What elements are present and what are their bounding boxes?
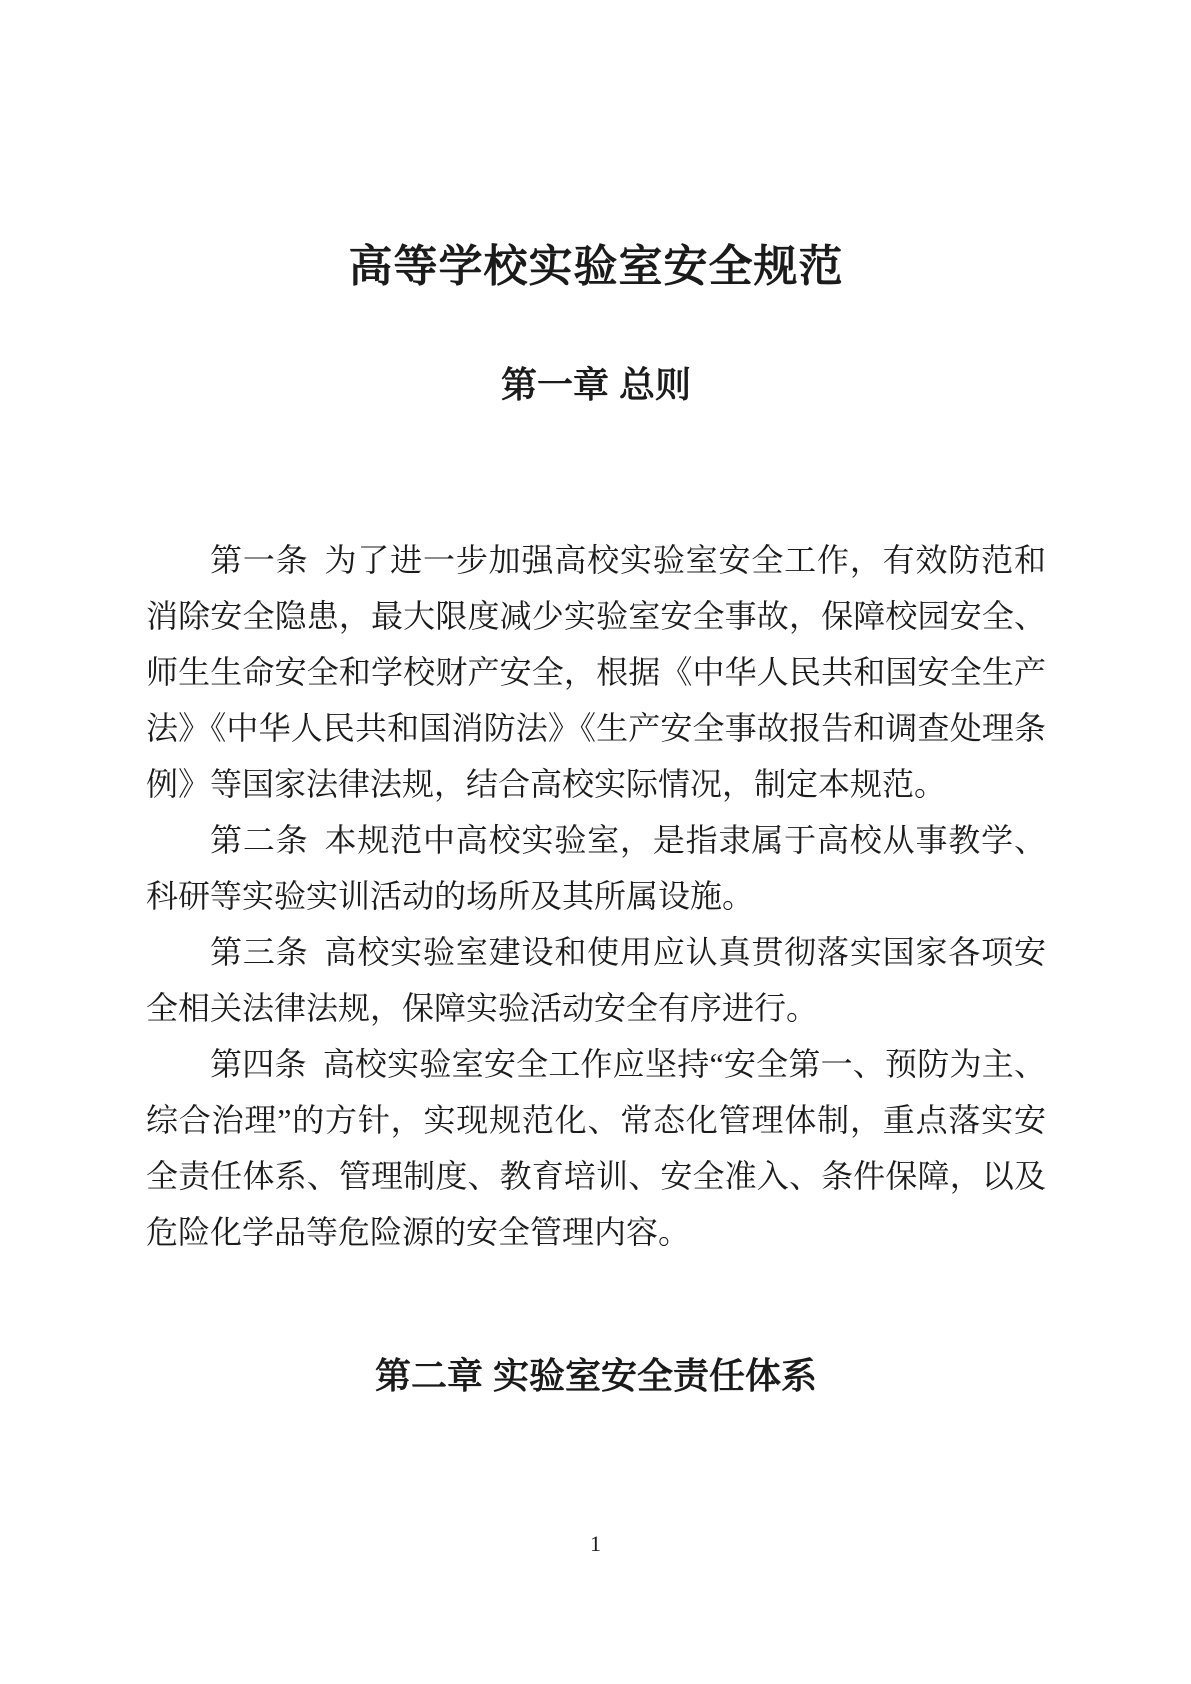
page-number: 1 [0,1530,1191,1558]
article-4-label: 第四条 [210,1046,307,1082]
document-page: 高等学校实验室安全规范 第一章 总则 第一条为了进一步加强高校实验室安全工作，有… [0,0,1191,1684]
article-3-label: 第三条 [210,934,309,970]
article-2-label: 第二条 [210,822,309,858]
document-title: 高等学校实验室安全规范 [146,0,1046,296]
chapter-2-heading: 第二章 实验室安全责任体系 [146,1349,1046,1403]
article-1: 第一条为了进一步加强高校实验室安全工作，有效防范和消除安全隐患，最大限度减少实验… [146,532,1046,812]
document-body: 第一条为了进一步加强高校实验室安全工作，有效防范和消除安全隐患，最大限度减少实验… [146,532,1046,1260]
chapter-1-heading: 第一章 总则 [146,358,1046,412]
article-2: 第二条本规范中高校实验室，是指隶属于高校从事教学、科研等实验实训活动的场所及其所… [146,812,1046,924]
article-3: 第三条高校实验室建设和使用应认真贯彻落实国家各项安全相关法律法规，保障实验活动安… [146,924,1046,1036]
article-1-text: 为了进一步加强高校实验室安全工作，有效防范和消除安全隐患，最大限度减少实验室安全… [146,542,1046,802]
article-1-label: 第一条 [210,542,309,578]
article-4: 第四条高校实验室安全工作应坚持“安全第一、预防为主、综合治理”的方针，实现规范化… [146,1036,1046,1260]
document-content: 高等学校实验室安全规范 第一章 总则 第一条为了进一步加强高校实验室安全工作，有… [146,0,1046,1403]
